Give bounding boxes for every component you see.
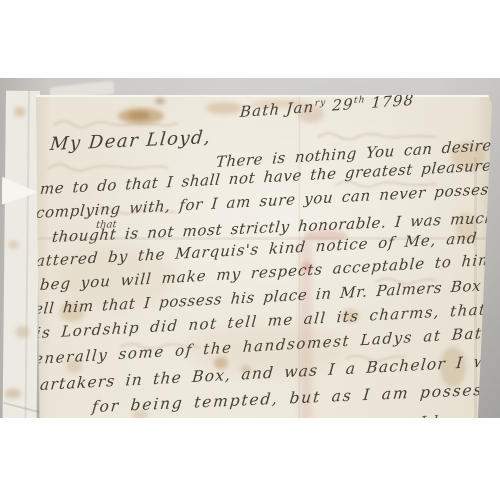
date-day: 29 bbox=[326, 95, 355, 115]
flap-stain bbox=[8, 241, 18, 249]
flap-stain bbox=[5, 389, 21, 399]
flap-crease-diagonal bbox=[3, 402, 42, 414]
letter-photograph: Bath Janry 29th 1798 My Dear Lloyd, Ther… bbox=[0, 78, 500, 418]
date-ordinal: th bbox=[354, 95, 367, 106]
torn-notch bbox=[2, 177, 38, 205]
flap-stain bbox=[14, 107, 26, 117]
flap-stain bbox=[15, 326, 29, 338]
folded-page-edge bbox=[3, 91, 40, 418]
white-band-bottom bbox=[0, 418, 500, 500]
auction-photo-canvas: Bath Janry 29th 1798 My Dear Lloyd, Ther… bbox=[0, 0, 500, 500]
flap-crease bbox=[25, 91, 30, 418]
letter-page: Bath Janry 29th 1798 My Dear Lloyd, Ther… bbox=[36, 95, 492, 418]
white-band-top bbox=[0, 0, 500, 78]
